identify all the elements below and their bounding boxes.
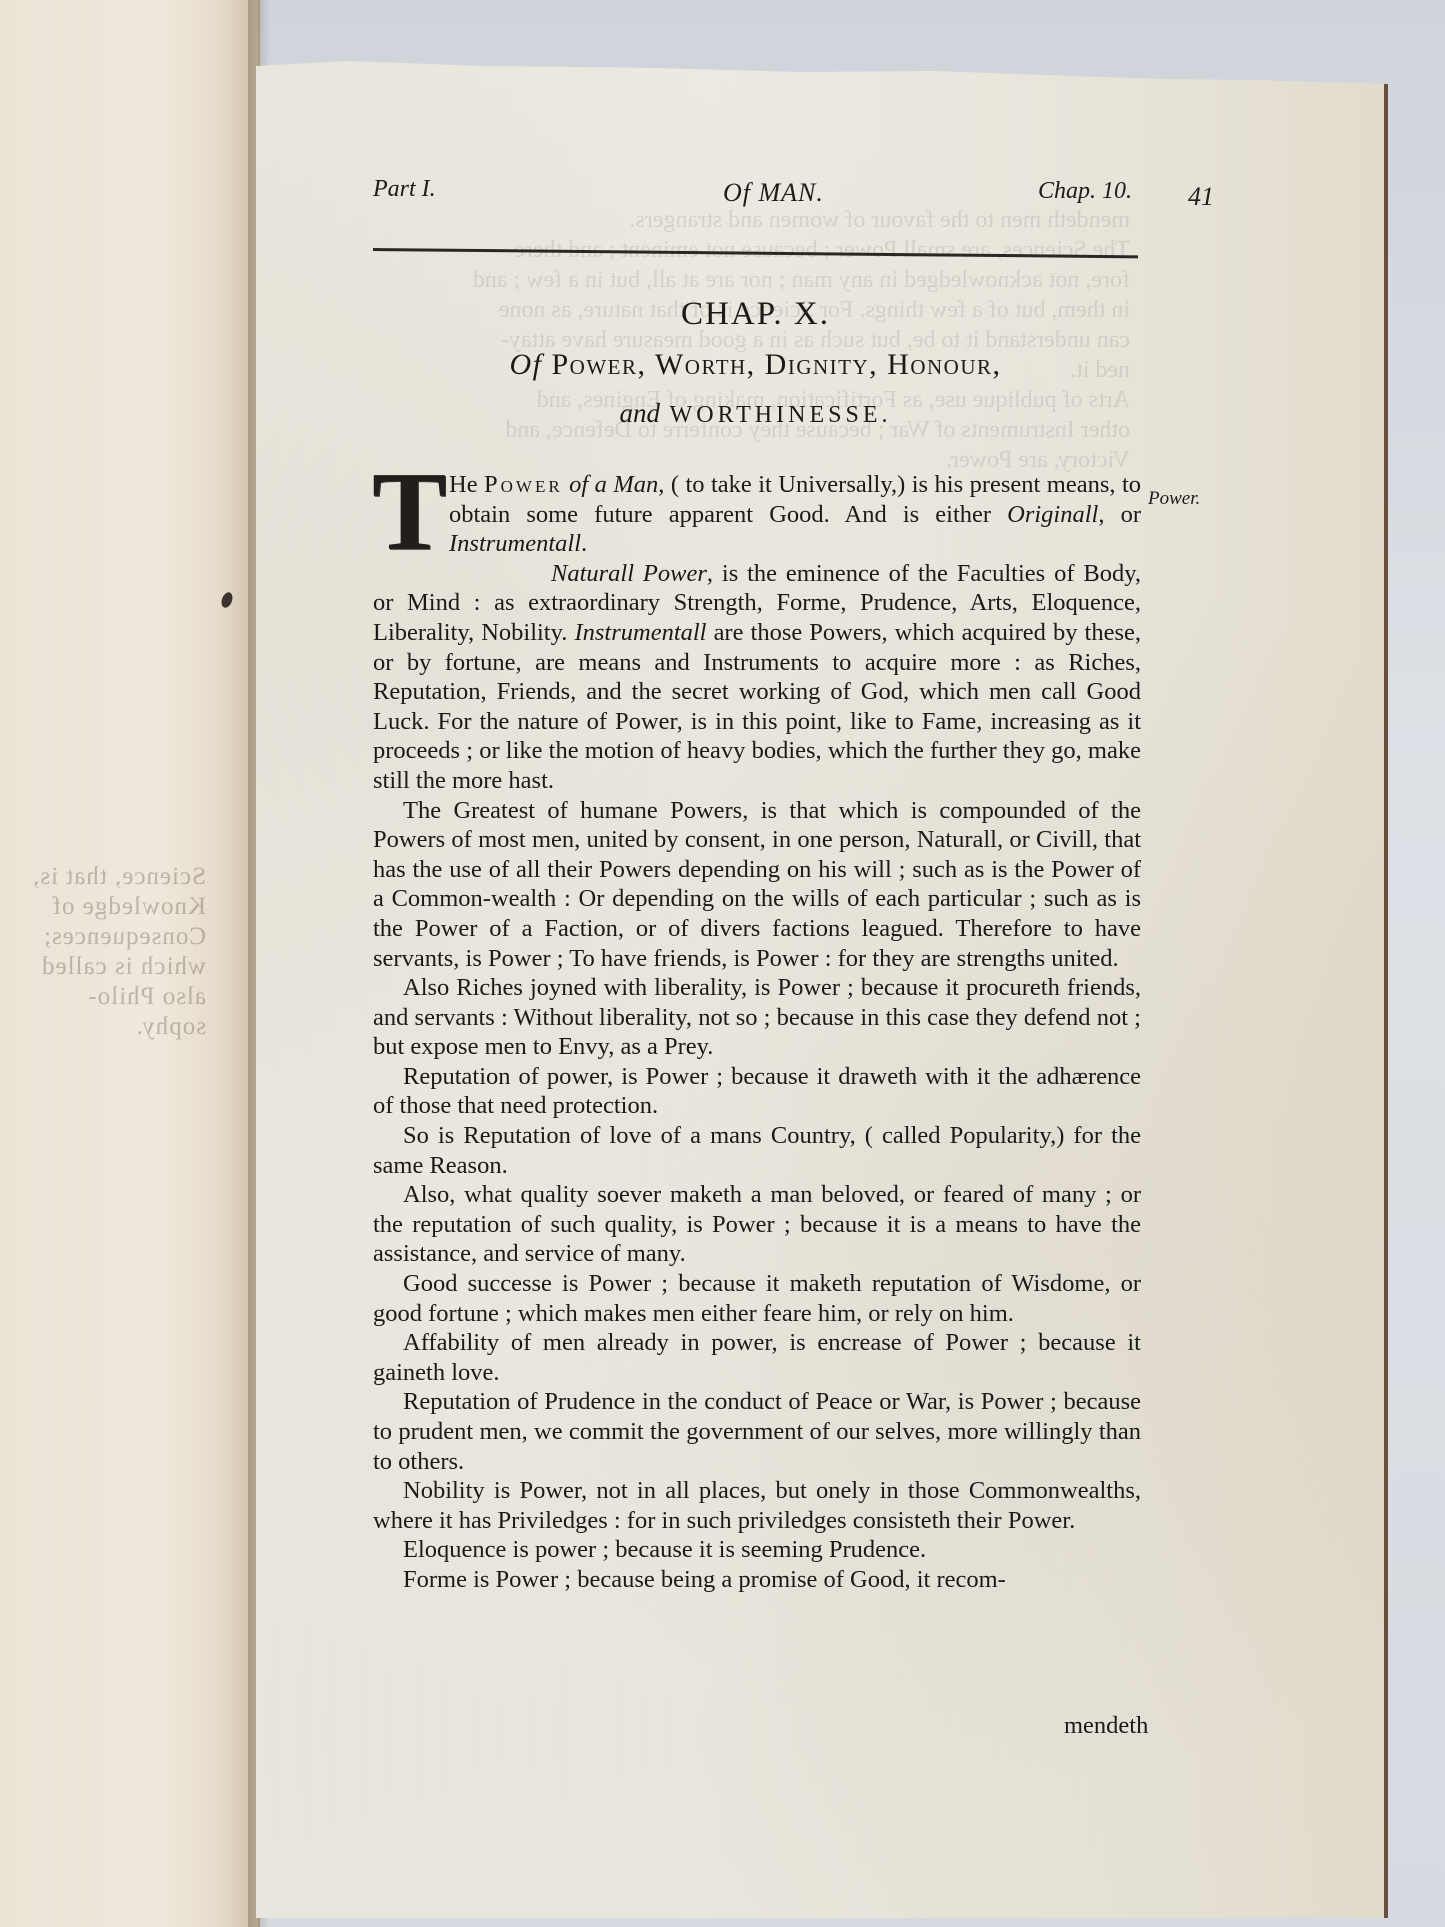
running-header-chapter: Chap. 10. xyxy=(1038,178,1132,205)
text-run: of a Man xyxy=(563,471,659,498)
paragraph-prudence: Reputation of Prudence in the conduct of… xyxy=(373,1387,1141,1476)
paragraph-riches: Also Riches joyned with liberality, is P… xyxy=(373,973,1141,1062)
showthrough-line: also Philo- xyxy=(6,982,206,1012)
paragraph-reputation-power: Reputation of power, is Power ; because … xyxy=(373,1062,1141,1121)
chapter-number-heading: CHAP. X. xyxy=(373,296,1138,333)
showthrough-line: Science, that is, xyxy=(6,862,206,892)
text-run: Instrumentall xyxy=(449,530,581,557)
left-page-showthrough: Science, that is, Knowledge of Consequen… xyxy=(6,862,206,1042)
text-run: Originall xyxy=(1007,501,1098,528)
showthrough-line: sophy. xyxy=(6,1012,206,1042)
running-header-title: Of MAN. xyxy=(723,178,824,208)
showthrough-line: which is called xyxy=(6,952,206,982)
left-facing-page: Science, that is, Knowledge of Consequen… xyxy=(0,0,260,1927)
ink-spot-mark xyxy=(220,591,235,609)
paragraph-nobility: Nobility is Power, not in all places, bu… xyxy=(373,1476,1141,1535)
chapter-title-line-2: and WORTHINESSE. xyxy=(373,398,1138,429)
paragraph-greatest-power: The Greatest of humane Powers, is that w… xyxy=(373,796,1141,974)
paragraph-good-successe: Good successe is Power ; because it make… xyxy=(373,1269,1141,1328)
chapter-title-main: Power, Worth, Dignity, Honour, xyxy=(552,348,1002,381)
page-number: 41 xyxy=(1188,182,1214,212)
paragraph-segments: He Power of a Man, ( to take it Universa… xyxy=(373,470,1141,559)
showthrough-line: Consequences; xyxy=(6,922,206,952)
text-run: Instrumentall xyxy=(574,619,706,646)
paragraph-affability: Affability of men already in power, is e… xyxy=(373,1328,1141,1387)
paragraph-naturall-power: Naturall Power, is the eminence of the F… xyxy=(373,559,1141,796)
paragraph-forme: Forme is Power ; because being a promise… xyxy=(373,1565,1141,1595)
margin-note-power: Power. xyxy=(1148,488,1200,510)
chapter-title-of: Of xyxy=(510,348,543,381)
paragraph-quality: Also, what quality soever maketh a man b… xyxy=(373,1180,1141,1269)
paragraph-power-definition: He Power of a Man, ( to take it Universa… xyxy=(373,470,1141,559)
chapter-body-text: He Power of a Man, ( to take it Universa… xyxy=(373,470,1141,1595)
chapter-title-worthinesse: WORTHINESSE. xyxy=(670,402,892,428)
paragraph-eloquence: Eloquence is power ; because it is seemi… xyxy=(373,1535,1141,1565)
text-run: , or xyxy=(1098,501,1141,528)
chapter-title-line-1: Of Power, Worth, Dignity, Honour, xyxy=(373,348,1138,382)
paragraph-popularity: So is Reputation of love of a mans Count… xyxy=(373,1121,1141,1180)
text-run: He xyxy=(449,471,484,498)
text-run: Naturall Power xyxy=(551,560,707,587)
text-run: . xyxy=(581,530,587,557)
running-header-part: Part I. xyxy=(373,176,436,203)
text-run: Power xyxy=(484,471,563,498)
showthrough-line: Knowledge of xyxy=(6,892,206,922)
catchword: mendeth xyxy=(1064,1712,1148,1740)
running-header: Part I. Of MAN. Chap. 10. 41 xyxy=(373,172,1213,212)
chapter-title-and: and xyxy=(620,398,661,428)
